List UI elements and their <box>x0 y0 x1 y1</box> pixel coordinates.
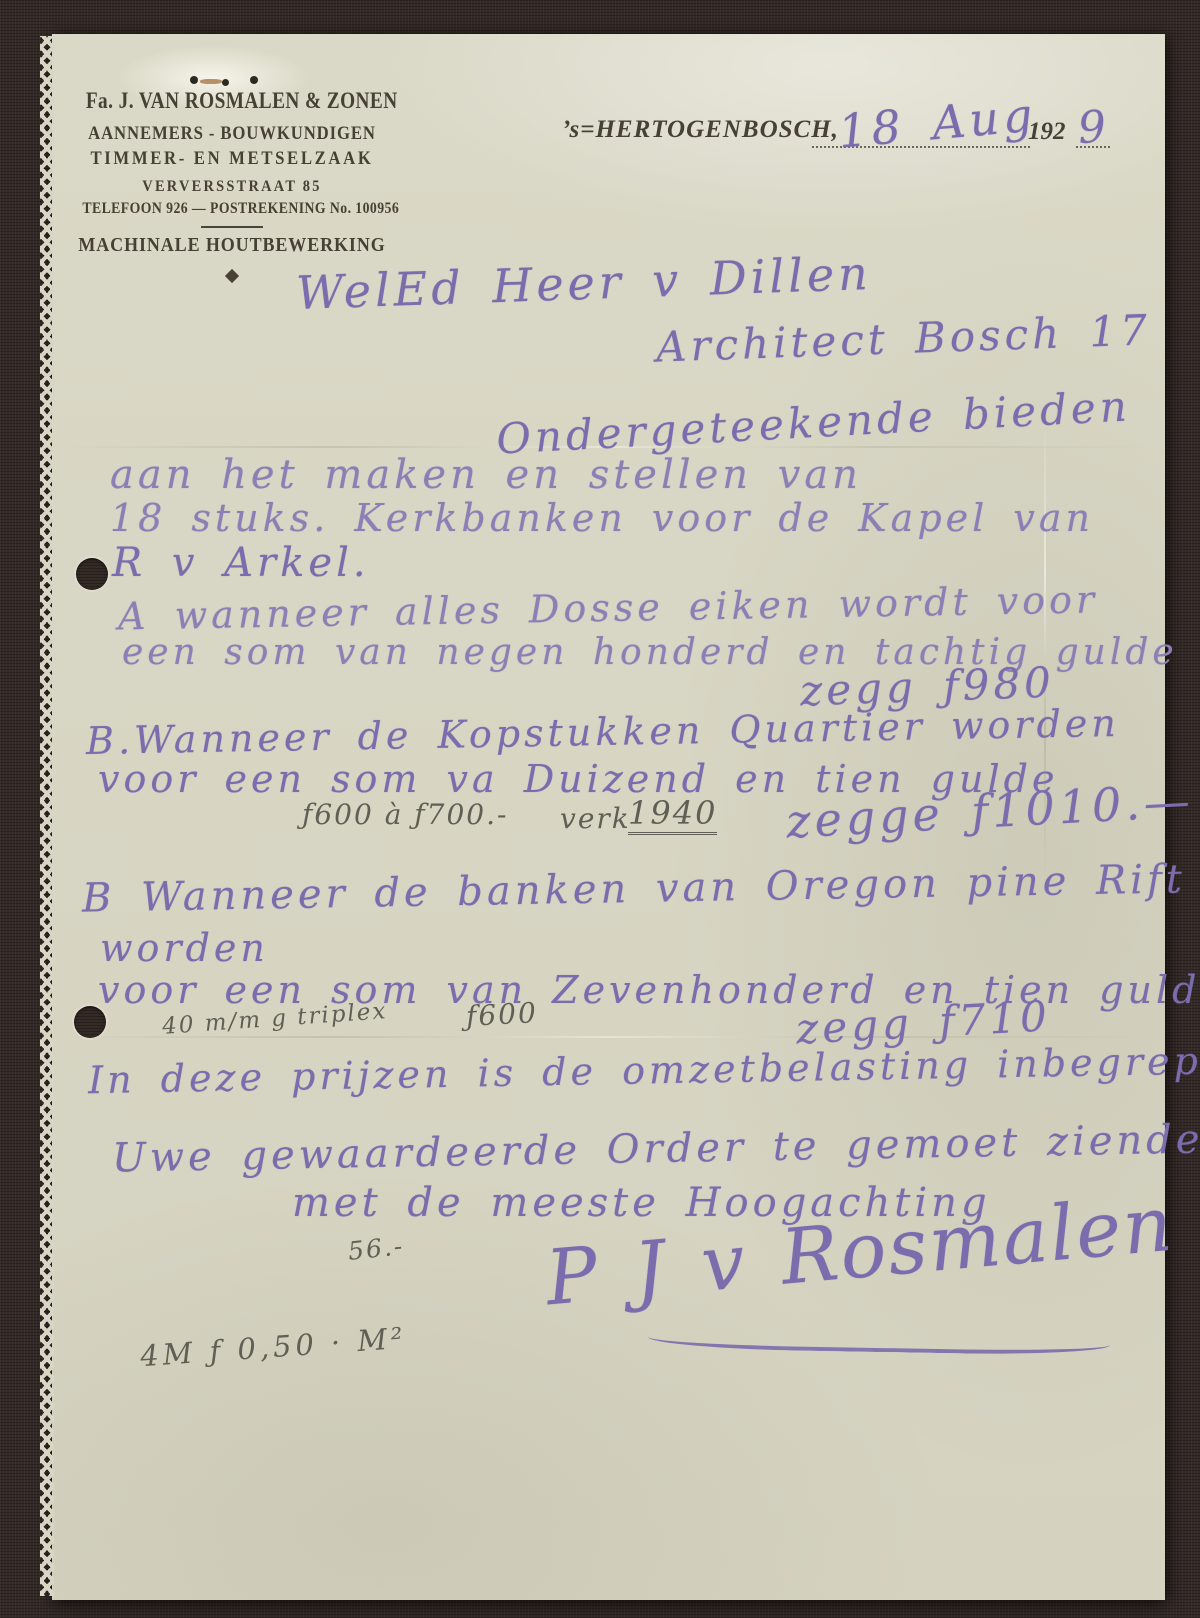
handwritten-year-digit: 9 <box>1076 101 1111 154</box>
specialty-line: MACHINALE HOUTBEWERKING <box>75 234 388 257</box>
pencil-price: ƒ600 <box>465 996 538 1033</box>
handwriting-line: 18 stuks. Kerkbanken voor de Kapel van <box>110 496 1094 540</box>
trade-line-1: AANNEMERS - BOUWKUNDIGEN <box>79 123 385 145</box>
handwriting-line: aan het maken en stellen van <box>110 452 862 498</box>
dateline-place: ’s=HERTOGENBOSCH, <box>562 116 839 144</box>
pencil-margin-amount: 56.- <box>347 1231 406 1266</box>
pencil-note-year: 1940 <box>628 794 717 835</box>
scanned-letter-photo: { "scan": { "fabric_color": "#342a27", "… <box>0 0 1200 1618</box>
phone-giro-line: TELEFOON 926 — POSTREKENING No. 100956 <box>82 200 381 218</box>
perforated-left-edge <box>40 36 54 1596</box>
letterhead: Fa. J. VAN ROSMALEN & ZONEN AANNEMERS - … <box>58 88 406 286</box>
staple-hole <box>222 79 229 86</box>
divider-rule <box>201 226 263 228</box>
pencil-estimate: ƒ600 à ƒ700.- <box>302 798 508 831</box>
handwriting-line: worden <box>100 926 269 970</box>
trade-line-2: TIMMER- EN METSELZAAK <box>79 148 385 170</box>
pencil-note-word: verk <box>560 802 631 835</box>
staple-hole <box>250 76 258 84</box>
street-address: VERVERSSTRAAT 85 <box>75 178 388 196</box>
diamond-ornament-icon <box>225 269 239 283</box>
company-name: Fa. J. VAN ROSMALEN & ZONEN <box>86 88 378 114</box>
staple-hole <box>190 76 198 84</box>
punch-hole <box>76 558 108 590</box>
rust-stain <box>200 79 222 84</box>
handwriting-line: R v Arkel. <box>112 540 370 586</box>
